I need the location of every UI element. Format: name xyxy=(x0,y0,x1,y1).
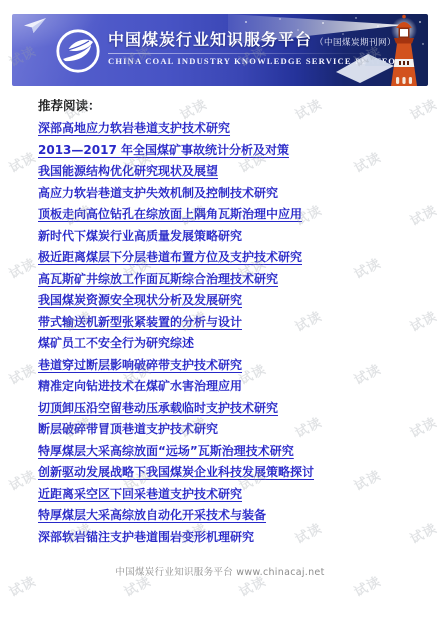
list-item: 带式输送机新型张紧装置的分析与设计 xyxy=(38,311,408,333)
list-item: 我国能源结构优化研究现状及展望 xyxy=(38,160,408,182)
reading-link[interactable]: 高瓦斯矿井综放工作面瓦斯综合治理技术研究 xyxy=(38,270,278,287)
list-item: 精准定向钻进技术在煤矿水害治理应用 xyxy=(38,375,408,397)
list-item: 切顶卸压沿空留巷动压承载临时支护技术研究 xyxy=(38,397,408,419)
trial-watermark: 试读 xyxy=(406,306,440,336)
trial-watermark: 试读 xyxy=(406,518,440,548)
reading-link[interactable]: 近距离采空区下回采巷道支护技术研究 xyxy=(38,485,242,502)
reading-link[interactable]: 我国煤炭资源安全现状分析及发展研究 xyxy=(38,291,242,308)
list-item: 高瓦斯矿井综放工作面瓦斯综合治理技术研究 xyxy=(38,268,408,290)
list-item: 煤矿员工不安全行为研究综述 xyxy=(38,332,408,354)
lighthouse-illustration xyxy=(228,14,428,86)
paper-plane-icon xyxy=(24,18,46,35)
list-item: 创新驱动发展战略下我国煤炭企业科技发展策略探讨 xyxy=(38,461,408,483)
list-item: 特厚煤层大采高综放面“远场”瓦斯治理技术研究 xyxy=(38,440,408,462)
list-item: 2013—2017 年全国煤矿事故统计分析及对策 xyxy=(38,139,408,161)
reading-link[interactable]: 顶板走向高位钻孔在综放面上隅角瓦斯治理中应用 xyxy=(38,205,302,222)
trial-watermark: 试读 xyxy=(406,94,440,124)
reading-link[interactable]: 我国能源结构优化研究现状及展望 xyxy=(38,162,218,179)
list-item: 极近距离煤层下分层巷道布置方位及支护技术研究 xyxy=(38,246,408,268)
reading-link[interactable]: 深部软岩锚注支护巷道围岩变形机理研究 xyxy=(38,528,254,545)
reading-link[interactable]: 极近距离煤层下分层巷道布置方位及支护技术研究 xyxy=(38,248,302,265)
trial-watermark: 试读 xyxy=(5,147,39,177)
list-item: 高应力软岩巷道支护失效机制及控制技术研究 xyxy=(38,182,408,204)
list-item: 巷道穿过断层影响破碎带支护技术研究 xyxy=(38,354,408,376)
reading-link[interactable]: 深部高地应力软岩巷道支护技术研究 xyxy=(38,119,230,136)
trial-watermark: 试读 xyxy=(406,200,440,230)
reading-link[interactable]: 精准定向钻进技术在煤矿水害治理应用 xyxy=(38,377,242,394)
page-footer: 中国煤炭行业知识服务平台 www.chinacaj.net xyxy=(0,564,440,578)
reading-link[interactable]: 创新驱动发展战略下我国煤炭企业科技发展策略探讨 xyxy=(38,463,314,480)
header-banner: 中国煤炭行业知识服务平台 （中国煤炭期刊网） CHINA COAL INDUST… xyxy=(12,14,428,86)
list-item: 近距离采空区下回采巷道支护技术研究 xyxy=(38,483,408,505)
trial-watermark: 试读 xyxy=(406,412,440,442)
trial-watermark: 试读 xyxy=(5,465,39,495)
list-item: 深部软岩锚注支护巷道围岩变形机理研究 xyxy=(38,526,408,548)
reading-list: 深部高地应力软岩巷道支护技术研究2013—2017 年全国煤矿事故统计分析及对策… xyxy=(38,117,408,547)
reading-link[interactable]: 煤矿员工不安全行为研究综述 xyxy=(38,334,194,351)
list-item: 深部高地应力软岩巷道支护技术研究 xyxy=(38,117,408,139)
reading-link[interactable]: 断层破碎带冒顶巷道支护技术研究 xyxy=(38,420,218,437)
list-item: 我国煤炭资源安全现状分析及发展研究 xyxy=(38,289,408,311)
reading-link[interactable]: 特厚煤层大采高综放面“远场”瓦斯治理技术研究 xyxy=(38,442,294,459)
reading-link[interactable]: 特厚煤层大采高综放自动化开采技术与装备 xyxy=(38,506,266,523)
list-item: 断层破碎带冒顶巷道支护技术研究 xyxy=(38,418,408,440)
section-heading: 推荐阅读： xyxy=(38,96,101,114)
reading-link[interactable]: 巷道穿过断层影响破碎带支护技术研究 xyxy=(38,356,242,373)
trial-watermark: 试读 xyxy=(5,253,39,283)
list-item: 特厚煤层大采高综放自动化开采技术与装备 xyxy=(38,504,408,526)
reading-link[interactable]: 带式输送机新型张紧装置的分析与设计 xyxy=(38,313,242,330)
reading-link[interactable]: 2013—2017 年全国煤矿事故统计分析及对策 xyxy=(38,141,289,158)
trial-watermark: 试读 xyxy=(5,359,39,389)
list-item: 新时代下煤炭行业高质量发展策略研究 xyxy=(38,225,408,247)
page: 中国煤炭行业知识服务平台 （中国煤炭期刊网） CHINA COAL INDUST… xyxy=(0,0,440,620)
reading-link[interactable]: 新时代下煤炭行业高质量发展策略研究 xyxy=(38,227,242,244)
list-item: 顶板走向高位钻孔在综放面上隅角瓦斯治理中应用 xyxy=(38,203,408,225)
reading-link[interactable]: 高应力软岩巷道支护失效机制及控制技术研究 xyxy=(38,184,278,201)
platform-logo-icon xyxy=(55,28,101,74)
reading-link[interactable]: 切顶卸压沿空留巷动压承载临时支护技术研究 xyxy=(38,399,278,416)
